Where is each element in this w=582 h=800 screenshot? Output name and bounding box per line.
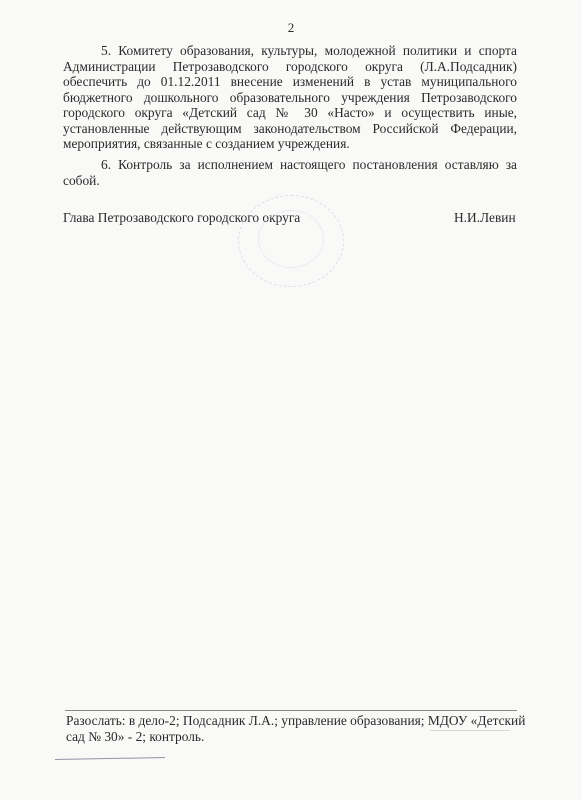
paragraph-5-text: 5. Комитету образования, культуры, молод… xyxy=(63,43,517,152)
paragraph-6-text: 6. Контроль за исполнением настоящего по… xyxy=(63,157,517,188)
paragraph-6: 6. Контроль за исполнением настоящего по… xyxy=(63,157,517,188)
stamp-inner-ring xyxy=(258,210,324,268)
distribution-divider xyxy=(65,710,517,711)
distribution-list: Разослать: в дело-2; Подсадник Л.А.; упр… xyxy=(66,713,526,745)
paragraph-5: 5. Комитету образования, культуры, молод… xyxy=(63,43,517,152)
signature-name: Н.И.Левин xyxy=(454,210,516,226)
distribution-underline xyxy=(55,757,165,760)
faint-scan-line xyxy=(430,730,510,731)
page-number: 2 xyxy=(0,20,582,36)
